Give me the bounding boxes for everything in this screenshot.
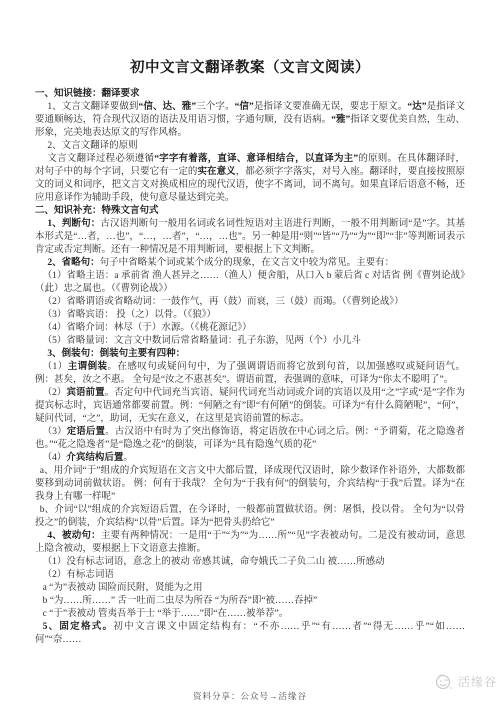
document-title: 初中文言文翻译教案（文言文阅读） xyxy=(0,56,500,77)
text-segment: 2、文言文翻译的原则 xyxy=(47,141,137,151)
para-prep-yi: b、介词“以”组成的介宾短语后置，在今译时，一般都前置做状语。例：屠惧，投以骨。… xyxy=(35,504,465,530)
bold-text-segment: “信” xyxy=(235,102,254,112)
para-passive-no-marker: （1）没有标志词语，意念上的被动 帝感其诚，命夸娥氏二子负二山 被……所感动 xyxy=(35,556,465,569)
text-segment: b、介词“以”组成的介宾短语后置，在今译时，一般都前置做状语。例：屠惧，投以骨。… xyxy=(35,505,465,528)
section-heading-links: 一、知识链接：翻译要求 xyxy=(35,88,465,101)
para-inversion-subject-predicate: （1）主谓倒装。在感叹句或疑问句中，为了强调谓语而将它放到句首，以加强感叹或疑问… xyxy=(35,361,465,387)
bold-text-segment: 一、知识链接：翻译要求 xyxy=(35,89,140,99)
document-page: 初中文言文翻译教案（文言文阅读） 一、知识链接：翻译要求1、文言文翻译要做到“信… xyxy=(0,0,500,708)
section-heading-supplement: 二、知识补充：特殊文言句式 xyxy=(35,205,465,218)
text-segment: （1）省略主语：a 承前省 渔人甚异之……（渔人）便舍船，从口入 b 蒙后省 c… xyxy=(35,271,465,294)
para-inversion-attributive: （3）定语后置。古汉语中有时为了突出修饰语，将定语放在中心词之后。例：“予谓菊，… xyxy=(35,426,465,452)
para-ellipsis-subject: （1）省略主语：a 承前省 渔人甚异之……（渔人）便舍船，从口入 b 蒙后省 c… xyxy=(35,270,465,296)
text-segment: （1）没有标志词语，意念上的被动 帝感其诚，命夸娥氏二子负二山 被……所感动 xyxy=(43,557,385,567)
para-judgement: 1、判断句：古汉语判断句一般用名词或名词性短语对主语进行判断，一般不用判断词“是… xyxy=(35,218,465,257)
text-segment: （1） xyxy=(43,362,68,372)
para-passive-marker: （2）有标志词语 xyxy=(35,569,465,582)
bold-text-segment: 主谓倒装 xyxy=(68,362,108,372)
smiley-logo-icon xyxy=(434,672,455,691)
bold-text-segment: 3、倒装句：倒装句主要有四种： xyxy=(47,349,185,359)
para-passive-weisuo: b “为……所……” 舌一吐而二虫尽为所吞 “为所吞”即“被……吞掉” xyxy=(35,595,465,608)
text-segment: a “为”表被动 国险而民附，贤能为之用 xyxy=(43,583,203,593)
text-segment: （3）省略宾语： 投（之）以骨。（《狼》） xyxy=(43,310,216,320)
text-segment: 1、文言文翻译要做到 xyxy=(47,102,138,112)
text-segment: （4）省略介词：林尽（于）水源。（《桃花源记》） xyxy=(43,323,252,333)
text-segment: 文言文翻译过程必须遵循 xyxy=(47,154,154,164)
text-segment: （4） xyxy=(43,453,67,463)
bold-text-segment: “雅” xyxy=(331,115,350,125)
para-principle-heading: 2、文言文翻译的原则 xyxy=(35,140,465,153)
text-segment: （2）省略谓语或省略动词：一鼓作气，再（鼓）而衰，三（鼓）而竭。（《曹刿论战》） xyxy=(43,297,404,307)
para-xin-da-ya: 1、文言文翻译要做到“信、达、雅”三个字。“信”是指译文要准确无误，要忠于原文。… xyxy=(35,101,465,140)
para-inversion: 3、倒装句：倒装句主要有四种： xyxy=(35,348,465,361)
bold-text-segment: 1、判断句： xyxy=(47,219,100,229)
para-prep-yu: a、用介词“于”组成的介宾短语在文言文中大都后置，译成现代汉语时，除少数译作补语… xyxy=(35,465,465,504)
text-segment: （5）省略量词：文言文中数词后常省略量词：孔子东游，见两（个）小儿斗 xyxy=(43,336,361,346)
text-segment: 。 xyxy=(123,453,133,463)
bold-text-segment: “达” xyxy=(407,102,426,112)
bold-text-segment: 介宾结构后置 xyxy=(66,453,123,463)
bold-text-segment: 2、省略句： xyxy=(47,258,99,268)
para-ellipsis-predicate: （2）省略谓语或省略动词：一鼓作气，再（鼓）而衰，三（鼓）而竭。（《曹刿论战》） xyxy=(35,296,465,309)
text-segment: a、用介词“于”组成的介宾短语在文言文中大都后置，译成现代汉语时，除少数译作补语… xyxy=(35,466,465,502)
text-segment: （2）有标志词语 xyxy=(43,570,114,580)
page-footer: 资料分享：公众号→活缘谷 xyxy=(0,690,500,702)
text-segment: （3） xyxy=(43,427,67,437)
para-ellipsis: 2、省略句：句子中省略某个词或某个成分的现象，在文言文中较为常见。主要有： xyxy=(35,257,465,270)
para-passive: 4、被动句：主要有两种情况：一是用“于”“为”“为……所”“见”字表被动句。二是… xyxy=(35,530,465,556)
para-ellipsis-measure: （5）省略量词：文言文中数词后常省略量词：孔子东游，见两（个）小儿斗 xyxy=(35,335,465,348)
bold-text-segment: 定语后置 xyxy=(67,427,105,437)
document-body: 一、知识链接：翻译要求1、文言文翻译要做到“信、达、雅”三个字。“信”是指译文要… xyxy=(35,88,465,647)
bold-text-segment: 宾语前置 xyxy=(66,388,104,398)
text-segment: 是指译文要准确无误，要忠于原文。 xyxy=(254,102,408,112)
watermark-text: 活缘谷 xyxy=(458,673,497,690)
text-segment: 句子中省略某个词或某个成分的现象，在文言文中较为常见。主要有： xyxy=(100,258,395,268)
para-fixed-format: 5、固定格式。初中文言课文中固定结构有：“不亦……乎”“有……者”“得无……乎”… xyxy=(35,621,465,647)
text-segment: c “于”表被动 管夷吾举于士 “举于……”即“在……被举荐”。 xyxy=(43,609,289,619)
text-segment: 三个字。 xyxy=(196,102,234,112)
para-passive-yu: c “于”表被动 管夷吾举于士 “举于……”即“在……被举荐”。 xyxy=(35,608,465,621)
bold-text-segment: “字字有着落，直译、意译相结合，以直译为主” xyxy=(154,154,358,164)
bold-text-segment: 5、固定格式。 xyxy=(43,622,114,632)
para-principle: 文言文翻译过程必须遵循“字字有着落，直译、意译相结合，以直译为主”的原则。在具体… xyxy=(35,153,465,205)
text-segment: 古汉语判断句一般用名词或名词性短语对主语进行判断，一般不用判断词“是”字。其基本… xyxy=(35,219,465,255)
bold-text-segment: 4、被动句： xyxy=(47,531,100,541)
para-ellipsis-object: （3）省略宾语： 投（之）以骨。（《狼》） xyxy=(35,309,465,322)
text-segment: （2） xyxy=(43,388,67,398)
bold-text-segment: “信、达、雅” xyxy=(139,102,197,112)
para-inversion-prep-structure: （4）介宾结构后置。 xyxy=(35,452,465,465)
text-segment: b “为……所……” 舌一吐而二虫尽为所吞 “为所吞”即“被……吞掉” xyxy=(43,596,318,606)
bold-text-segment: 二、知识补充：特殊文言句式 xyxy=(35,206,159,216)
watermark: 活缘谷 xyxy=(434,672,497,691)
bold-text-segment: 实在意义 xyxy=(197,167,235,177)
para-inversion-object-fronting: （2）宾语前置。否定句中代词充当宾语、疑问代词充当动词或介词的宾语以及用“之”字… xyxy=(35,387,465,426)
para-ellipsis-preposition: （4）省略介词：林尽（于）水源。（《桃花源记》） xyxy=(35,322,465,335)
para-passive-wei: a “为”表被动 国险而民附，贤能为之用 xyxy=(35,582,465,595)
